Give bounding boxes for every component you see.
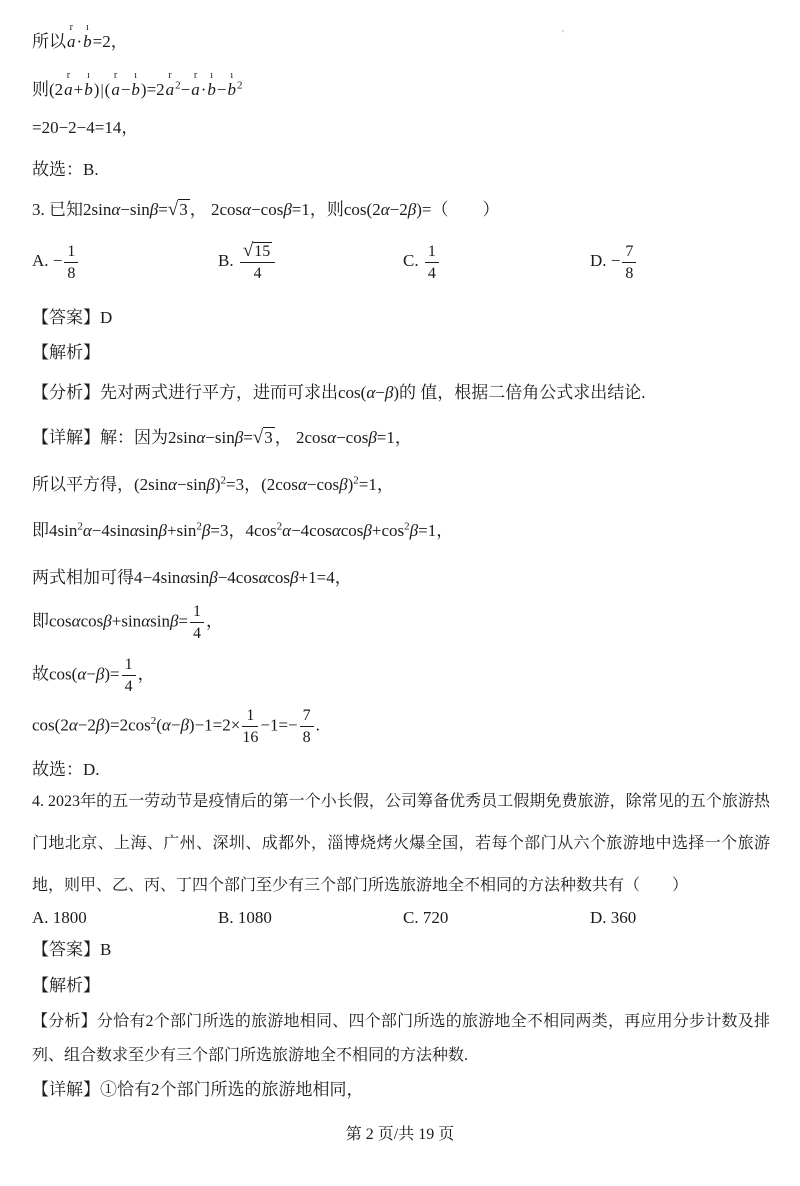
- vector-arrow-mark: ı: [134, 71, 137, 81]
- vector-arrow-mark: r: [194, 71, 197, 81]
- q3-xiangjie-7: cos(2α−2β)=2cos2(α−β)−1=2×116−1=−78.: [32, 706, 770, 747]
- q3-fenxi: 【分析】先对两式进行平方，进而可求出cos(α−β)的 值，根据二倍角公式求出结…: [32, 382, 770, 404]
- q2-step-dot-product: 所以ra·ıb=2，: [32, 31, 770, 53]
- document-content: 所以ra·ıb=2，则(2ra+ıb)|(ra−ıb)=2ra2−ra·ıb−ı…: [32, 31, 770, 1101]
- q3-xiangjie-2: 所以平方得，(2sinα−sinβ)2=3，(2cosα−cosβ)2=1，: [32, 474, 770, 496]
- vector-arrow-mark: r: [70, 23, 73, 33]
- q2-step-result: =20−2−4=14，: [32, 117, 770, 139]
- vector-arrow-mark: r: [67, 71, 70, 81]
- fraction: 18: [64, 242, 78, 283]
- q4-fenxi: 【分析】分恰有2个部门所选的旅游地相同、四个部门所选的旅游地全不相同两类，再应用…: [32, 1005, 770, 1073]
- q3-jiexi-header: 【解析】: [32, 342, 770, 364]
- fraction: 78: [622, 242, 636, 283]
- q3-xiangjie-3: 即4sin2α−4sinαsinβ+sin2β=3，4cos2α−4cosαco…: [32, 520, 770, 542]
- exam-solution-page: ' 所以ra·ıb=2，则(2ra+ıb)|(ra−ıb)=2ra2−ra·ıb…: [0, 0, 800, 1186]
- q3-xiangjie-1: 【详解】解：因为2sinα−sinβ=√3， 2cosα−cosβ=1，: [32, 427, 770, 449]
- vector-b: ıb: [83, 31, 92, 53]
- q3-options: A. −18B. √154C. 14D. −78: [32, 237, 770, 285]
- q4-options: A. 1800B. 1080C. 720D. 360: [32, 907, 770, 929]
- stray-scan-stroke: |: [100, 82, 103, 99]
- fraction: √154: [240, 241, 275, 283]
- q4-question: 4. 2023年的五一劳动节是疫情后的第一个小长假，公司筹备优秀员工假期免费旅游…: [32, 781, 770, 907]
- vector-arrow-mark: ı: [86, 23, 89, 33]
- q4-xiangjie-1: 【详解】①恰有2个部门所选的旅游地相同，: [32, 1079, 770, 1101]
- option-C: C. 14: [403, 237, 441, 285]
- q2-step-expansion: 则(2ra+ıb)|(ra−ıb)=2ra2−ra·ıb−ıb2: [32, 79, 770, 102]
- option-A: A. 1800: [32, 907, 87, 929]
- vector-b: ıb: [131, 79, 140, 101]
- scan-artifact-mark: ': [562, 30, 564, 40]
- q3-xiangjie-4: 两式相加可得4−4sinαsinβ−4cosαcosβ+1=4，: [32, 567, 770, 589]
- option-B: B. 1080: [218, 907, 272, 929]
- vector-b: ıb: [84, 79, 93, 101]
- option-D: D. −78: [590, 237, 638, 285]
- vector-b: ıb: [207, 79, 216, 101]
- radical: √15: [243, 243, 272, 260]
- vector-a: ra: [111, 79, 120, 101]
- radical: √3: [168, 200, 190, 219]
- q3-xiangjie-5: 即cosαcosβ+sinαsinβ=14，: [32, 602, 770, 643]
- vector-arrow-mark: ı: [210, 71, 213, 81]
- vector-b: ıb: [228, 79, 237, 101]
- radical: √3: [253, 428, 275, 447]
- fraction: 14: [190, 602, 204, 643]
- fraction: 116: [242, 706, 258, 747]
- vector-a: ra: [64, 79, 73, 101]
- fraction: 14: [122, 655, 136, 696]
- option-C: C. 720: [403, 907, 448, 929]
- vector-arrow-mark: ı: [87, 71, 90, 81]
- superscript: 2: [237, 79, 243, 91]
- vector-arrow-mark: r: [114, 71, 117, 81]
- q3-question: 3. 已知2sinα−sinβ=√3， 2cosα−cosβ=1，则cos(2α…: [32, 199, 770, 221]
- q2-answer-line: 故选：B.: [32, 159, 770, 181]
- fraction: 14: [425, 242, 439, 283]
- fraction: 78: [300, 706, 314, 747]
- q3-xiangjie-6: 故cos(α−β)=14，: [32, 655, 770, 696]
- q4-jiexi-header: 【解析】: [32, 975, 770, 997]
- vector-a: ra: [191, 79, 200, 101]
- vector-a: ra: [166, 79, 175, 101]
- vector-arrow-mark: ı: [230, 71, 233, 81]
- q4-answer: 【答案】B: [32, 939, 770, 961]
- vector-arrow-mark: r: [168, 71, 171, 81]
- vector-a: ra: [67, 31, 76, 53]
- q3-answer: 【答案】D: [32, 307, 770, 329]
- q3-conclusion: 故选：D.: [32, 759, 770, 781]
- option-D: D. 360: [590, 907, 636, 929]
- option-B: B. √154: [218, 237, 277, 285]
- option-A: A. −18: [32, 237, 80, 285]
- page-footer: 第 2 页/共 19 页: [0, 1124, 800, 1146]
